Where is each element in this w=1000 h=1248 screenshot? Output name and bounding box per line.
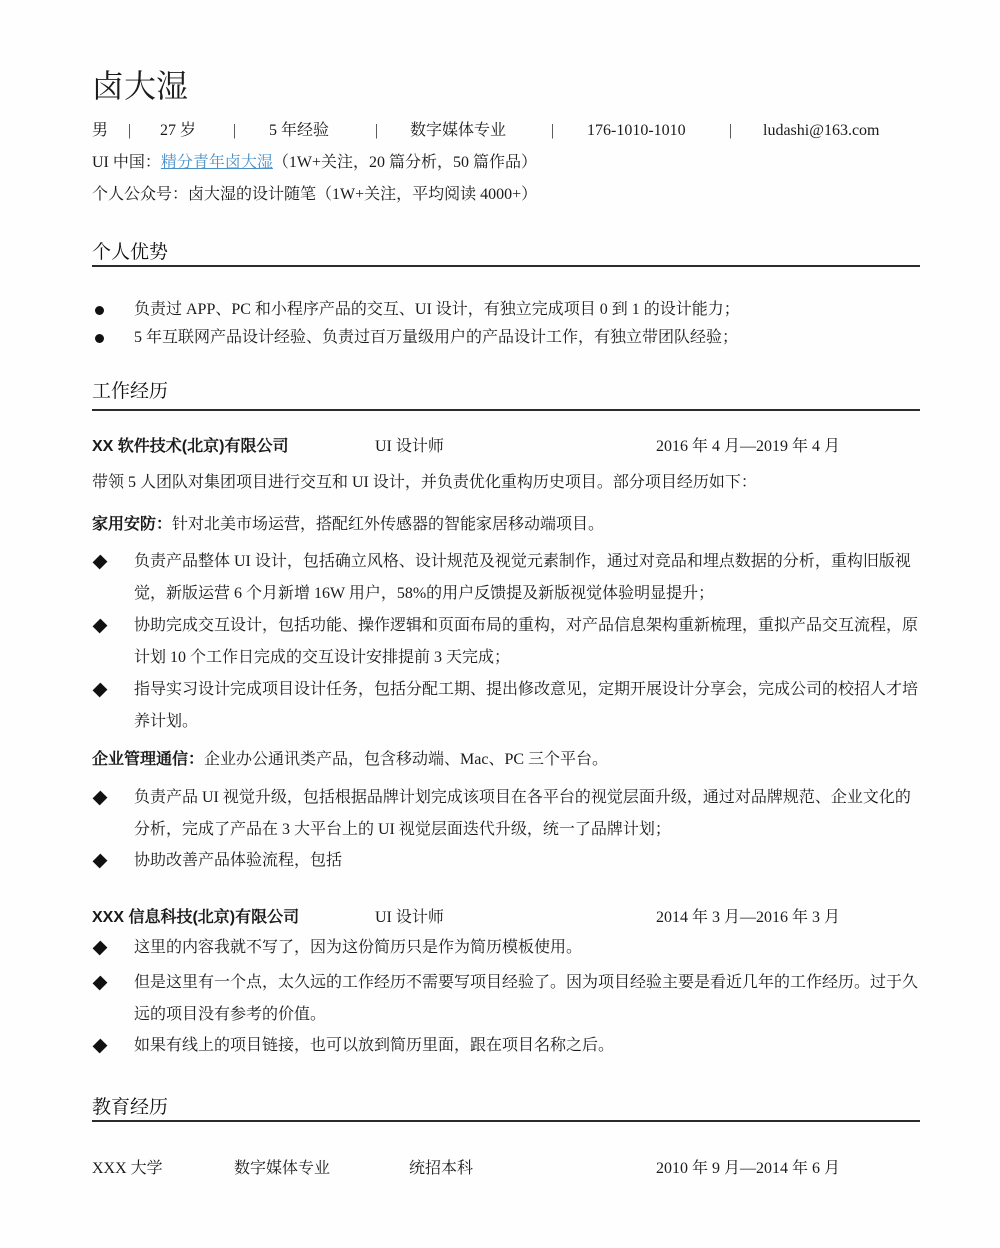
company-name: XXX 信息科技(北京)有限公司 xyxy=(92,905,299,931)
bullet-dot-icon xyxy=(95,334,104,343)
major: 数字媒体专业 xyxy=(410,118,506,144)
ui-china-profile-link[interactable]: 精分青年卤大湿 xyxy=(161,154,273,171)
job-summary: 带领 5 人团队对集团项目进行交互和 UI 设计，并负责优化重构历史项目。部分项… xyxy=(92,470,757,496)
project-name: 企业管理通信： xyxy=(92,751,204,768)
bullet-diamond-icon xyxy=(93,1039,108,1054)
bullet-diamond-icon xyxy=(93,976,108,991)
job-header: XX 软件技术(北京)有限公司 UI 设计师 2016 年 4 月—2019 年… xyxy=(92,434,920,460)
section-title-education: 教育经历 xyxy=(92,1095,168,1121)
bullet-diamond-icon xyxy=(93,683,108,698)
education-period: 2010 年 9 月—2014 年 6 月 xyxy=(656,1156,840,1182)
project-desc: 针对北美市场运营，搭配红外传感器的智能家居移动端项目。 xyxy=(172,516,604,533)
section-divider xyxy=(92,1120,920,1122)
resume-page: 卤大湿 男 | 27 岁 | 5 年经验 | 数字媒体专业 | 176-1010… xyxy=(0,0,1000,1248)
job-role: UI 设计师 xyxy=(375,434,444,460)
age: 27 岁 xyxy=(160,118,196,144)
gender: 男 xyxy=(92,118,108,144)
ui-china-stats: （1W+关注，20 篇分析，50 篇作品） xyxy=(273,154,537,171)
bullet-diamond-icon xyxy=(93,791,108,806)
degree-type: 统招本科 xyxy=(409,1156,473,1182)
bullet-diamond-icon xyxy=(93,941,108,956)
project-heading: 企业管理通信：企业办公通讯类产品，包含移动端、Mac、PC 三个平台。 xyxy=(92,747,608,773)
section-divider xyxy=(92,409,920,411)
education-row: XXX 大学 数字媒体专业 统招本科 2010 年 9 月—2014 年 6 月 xyxy=(92,1156,920,1182)
separator: | xyxy=(233,118,236,144)
job-period: 2014 年 3 月—2016 年 3 月 xyxy=(656,905,840,931)
section-divider xyxy=(92,265,920,267)
bullet-diamond-icon xyxy=(93,619,108,634)
school-name: XXX 大学 xyxy=(92,1156,163,1182)
company-name: XX 软件技术(北京)有限公司 xyxy=(92,434,288,460)
bullet-dot-icon xyxy=(95,306,104,315)
phone: 176-1010-1010 xyxy=(587,118,686,144)
bullet-diamond-icon xyxy=(93,854,108,869)
separator: | xyxy=(128,118,131,144)
separator: | xyxy=(375,118,378,144)
job-role: UI 设计师 xyxy=(375,905,444,931)
ui-china-label: UI 中国： xyxy=(92,154,161,171)
section-title-work: 工作经历 xyxy=(92,379,168,405)
education-major: 数字媒体专业 xyxy=(234,1156,330,1182)
email[interactable]: ludashi@163.com xyxy=(763,118,880,144)
section-title-strengths: 个人优势 xyxy=(92,240,168,266)
wechat-account-line: 个人公众号：卤大湿的设计随笔（1W+关注，平均阅读 4000+） xyxy=(92,182,537,208)
separator: | xyxy=(729,118,732,144)
job-period: 2016 年 4 月—2019 年 4 月 xyxy=(656,434,840,460)
basic-info-row: 男 | 27 岁 | 5 年经验 | 数字媒体专业 | 176-1010-101… xyxy=(92,118,920,144)
project-heading: 家用安防：针对北美市场运营，搭配红外传感器的智能家居移动端项目。 xyxy=(92,512,604,538)
separator: | xyxy=(551,118,554,144)
project-desc: 企业办公通讯类产品，包含移动端、Mac、PC 三个平台。 xyxy=(204,751,608,768)
job-header: XXX 信息科技(北京)有限公司 UI 设计师 2014 年 3 月—2016 … xyxy=(92,905,920,931)
ui-china-line: UI 中国：精分青年卤大湿（1W+关注，20 篇分析，50 篇作品） xyxy=(92,150,537,176)
bullet-diamond-icon xyxy=(93,555,108,570)
candidate-name: 卤大湿 xyxy=(92,66,188,106)
experience-years: 5 年经验 xyxy=(269,118,329,144)
project-name: 家用安防： xyxy=(92,516,172,533)
